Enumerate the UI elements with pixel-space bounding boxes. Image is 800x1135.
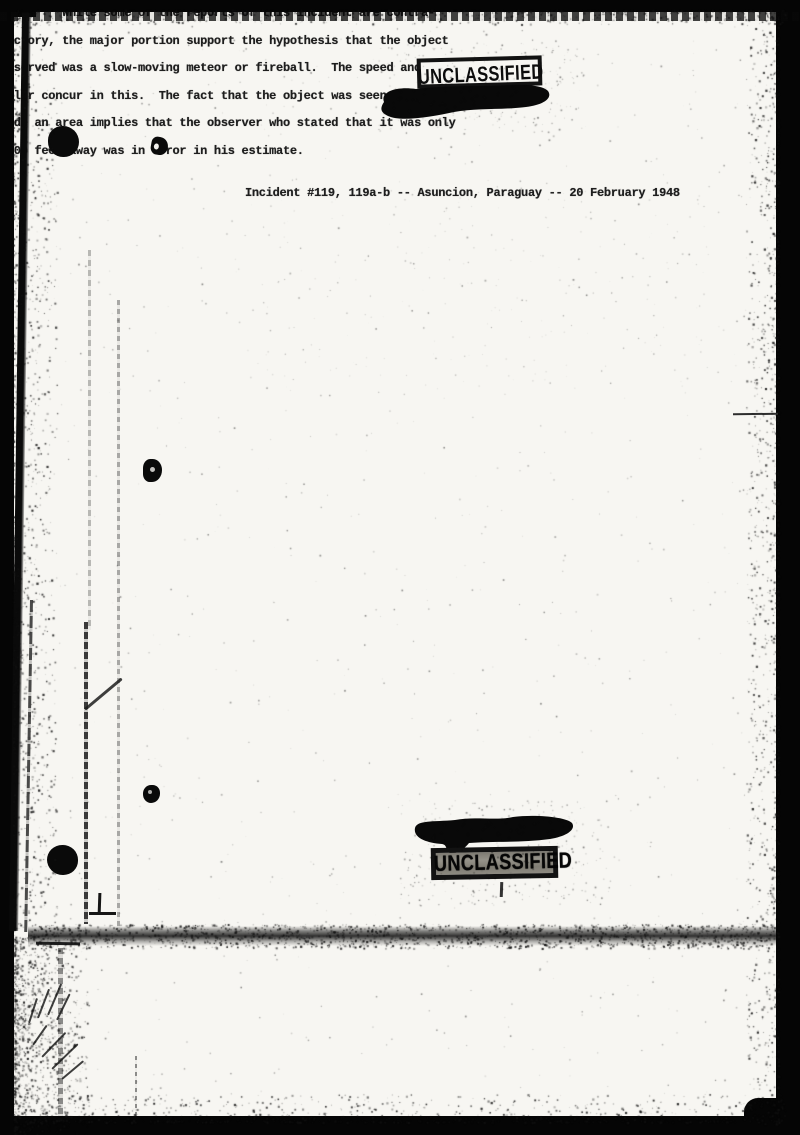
scratch-line	[28, 998, 38, 1023]
scratch-line	[32, 1025, 47, 1046]
scan-border-bottom	[0, 1116, 800, 1135]
scanned-document-page: UNCLASSIFIED Incident #119, 119a-b -- As…	[0, 0, 800, 1135]
crease-line-upper	[88, 250, 91, 630]
paragraph-line: observed was a slow-moving meteor or fir…	[0, 55, 800, 83]
scan-border-right	[776, 0, 800, 1135]
crease-line-faint	[117, 300, 120, 932]
hole-punch-bottom	[47, 845, 78, 875]
fastener-mark-lower	[143, 785, 160, 803]
stamp-label: UNCLASSIFIED	[434, 847, 573, 877]
fastener-mark-middle	[143, 459, 162, 482]
incident-heading: Incident #119, 119a-b -- Asuncion, Parag…	[245, 186, 680, 200]
page-top-edge	[0, 12, 800, 21]
right-edge-line	[733, 413, 778, 415]
paragraph-line: 1000 feet away was in error in his estim…	[0, 138, 800, 166]
streak-below-page	[58, 948, 63, 1116]
page-edge-line-2	[24, 600, 33, 932]
dotted-line-bottom	[135, 1056, 137, 1118]
scan-border-left	[0, 0, 14, 1135]
scan-border-top	[0, 0, 800, 12]
scan-noise-layer	[0, 0, 800, 1135]
crease-line	[84, 622, 88, 924]
page-bottom-edge	[28, 926, 776, 946]
scratch-line	[61, 1060, 84, 1080]
scan-corner-bottom-right	[744, 1098, 800, 1135]
hole-punch-top	[48, 126, 79, 157]
stamp-tick-mark	[500, 882, 503, 897]
paragraph-line: dictory, the major portion support the h…	[0, 28, 800, 56]
redaction-blob-top	[376, 80, 554, 126]
crease-foot-horizontal	[89, 912, 116, 915]
